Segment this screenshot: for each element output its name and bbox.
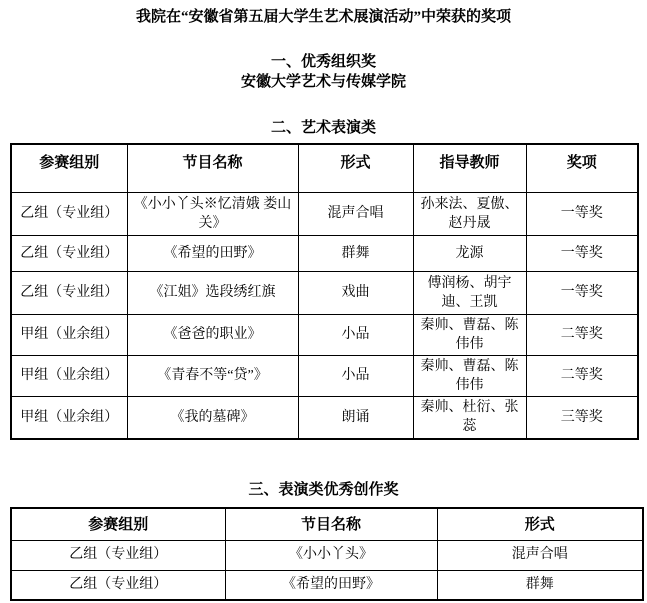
cell-form: 戏曲: [298, 271, 413, 314]
award1-heading: 一、优秀组织奖: [0, 52, 647, 72]
award1-recipient: 安徽大学艺术与传媒学院: [0, 72, 647, 92]
cell-award: 一等奖: [526, 192, 638, 235]
cell-teachers: 秦帅、杜衍、张蕊: [413, 396, 526, 439]
cell-teachers: 孙来法、夏傲、赵丹晟: [413, 192, 526, 235]
cell-program: 《爸爸的职业》: [127, 314, 298, 355]
document-title: 我院在“安徽省第五届大学生艺术展演活动”中荣获的奖项: [0, 8, 647, 26]
creation-table-header-row: 参赛组别 节目名称 形式: [11, 508, 643, 540]
cell-program: 《我的墓碑》: [127, 396, 298, 439]
cell-award: 一等奖: [526, 271, 638, 314]
column-header-award: 奖项: [526, 144, 638, 192]
column-header-form: 形式: [437, 508, 643, 540]
cell-program: 《小小丫头※忆清娥 娄山关》: [127, 192, 298, 235]
performance-table: 参赛组别 节目名称 形式 指导教师 奖项 乙组（专业组） 《小小丫头※忆清娥 娄…: [10, 143, 639, 440]
cell-form: 群舞: [437, 570, 643, 600]
cell-award: 三等奖: [526, 396, 638, 439]
cell-award: 一等奖: [526, 235, 638, 271]
column-header-program: 节目名称: [225, 508, 437, 540]
cell-form: 小品: [298, 314, 413, 355]
column-header-form: 形式: [298, 144, 413, 192]
cell-group: 乙组（专业组）: [11, 235, 127, 271]
cell-group: 乙组（专业组）: [11, 540, 225, 570]
cell-program: 《青春不等“贷”》: [127, 355, 298, 396]
cell-form: 群舞: [298, 235, 413, 271]
table-row: 乙组（专业组） 《希望的田野》 群舞: [11, 570, 643, 600]
table-row: 乙组（专业组） 《小小丫头※忆清娥 娄山关》 混声合唱 孙来法、夏傲、赵丹晟 一…: [11, 192, 638, 235]
document: 我院在“安徽省第五届大学生艺术展演活动”中荣获的奖项 一、优秀组织奖 安徽大学艺…: [0, 8, 647, 601]
column-header-group: 参赛组别: [11, 508, 225, 540]
table-row: 甲组（业余组） 《爸爸的职业》 小品 秦帅、曹磊、陈伟伟 二等奖: [11, 314, 638, 355]
column-header-teachers: 指导教师: [413, 144, 526, 192]
table-row: 乙组（专业组） 《希望的田野》 群舞 龙源 一等奖: [11, 235, 638, 271]
cell-award: 二等奖: [526, 355, 638, 396]
cell-group: 甲组（业余组）: [11, 314, 127, 355]
table-row: 乙组（专业组） 《小小丫头》 混声合唱: [11, 540, 643, 570]
cell-form: 混声合唱: [298, 192, 413, 235]
creation-table: 参赛组别 节目名称 形式 乙组（专业组） 《小小丫头》 混声合唱 乙组（专业组）…: [10, 507, 644, 601]
cell-teachers: 傅润杨、胡宇迪、王凯: [413, 271, 526, 314]
cell-teachers: 秦帅、曹磊、陈伟伟: [413, 355, 526, 396]
cell-teachers: 秦帅、曹磊、陈伟伟: [413, 314, 526, 355]
award2-heading: 二、艺术表演类: [0, 118, 647, 138]
column-header-program: 节目名称: [127, 144, 298, 192]
cell-group: 乙组（专业组）: [11, 192, 127, 235]
cell-group: 乙组（专业组）: [11, 271, 127, 314]
cell-group: 甲组（业余组）: [11, 396, 127, 439]
cell-form: 混声合唱: [437, 540, 643, 570]
cell-form: 小品: [298, 355, 413, 396]
table-row: 乙组（专业组） 《江姐》选段绣红旗 戏曲 傅润杨、胡宇迪、王凯 一等奖: [11, 271, 638, 314]
cell-program: 《希望的田野》: [225, 570, 437, 600]
cell-form: 朗诵: [298, 396, 413, 439]
cell-group: 甲组（业余组）: [11, 355, 127, 396]
cell-program: 《江姐》选段绣红旗: [127, 271, 298, 314]
table-row: 甲组（业余组） 《我的墓碑》 朗诵 秦帅、杜衍、张蕊 三等奖: [11, 396, 638, 439]
cell-group: 乙组（专业组）: [11, 570, 225, 600]
performance-table-header-row: 参赛组别 节目名称 形式 指导教师 奖项: [11, 144, 638, 192]
award3-heading: 三、表演类优秀创作奖: [0, 480, 647, 500]
cell-teachers: 龙源: [413, 235, 526, 271]
column-header-group: 参赛组别: [11, 144, 127, 192]
table-row: 甲组（业余组） 《青春不等“贷”》 小品 秦帅、曹磊、陈伟伟 二等奖: [11, 355, 638, 396]
cell-program: 《希望的田野》: [127, 235, 298, 271]
cell-award: 二等奖: [526, 314, 638, 355]
cell-program: 《小小丫头》: [225, 540, 437, 570]
